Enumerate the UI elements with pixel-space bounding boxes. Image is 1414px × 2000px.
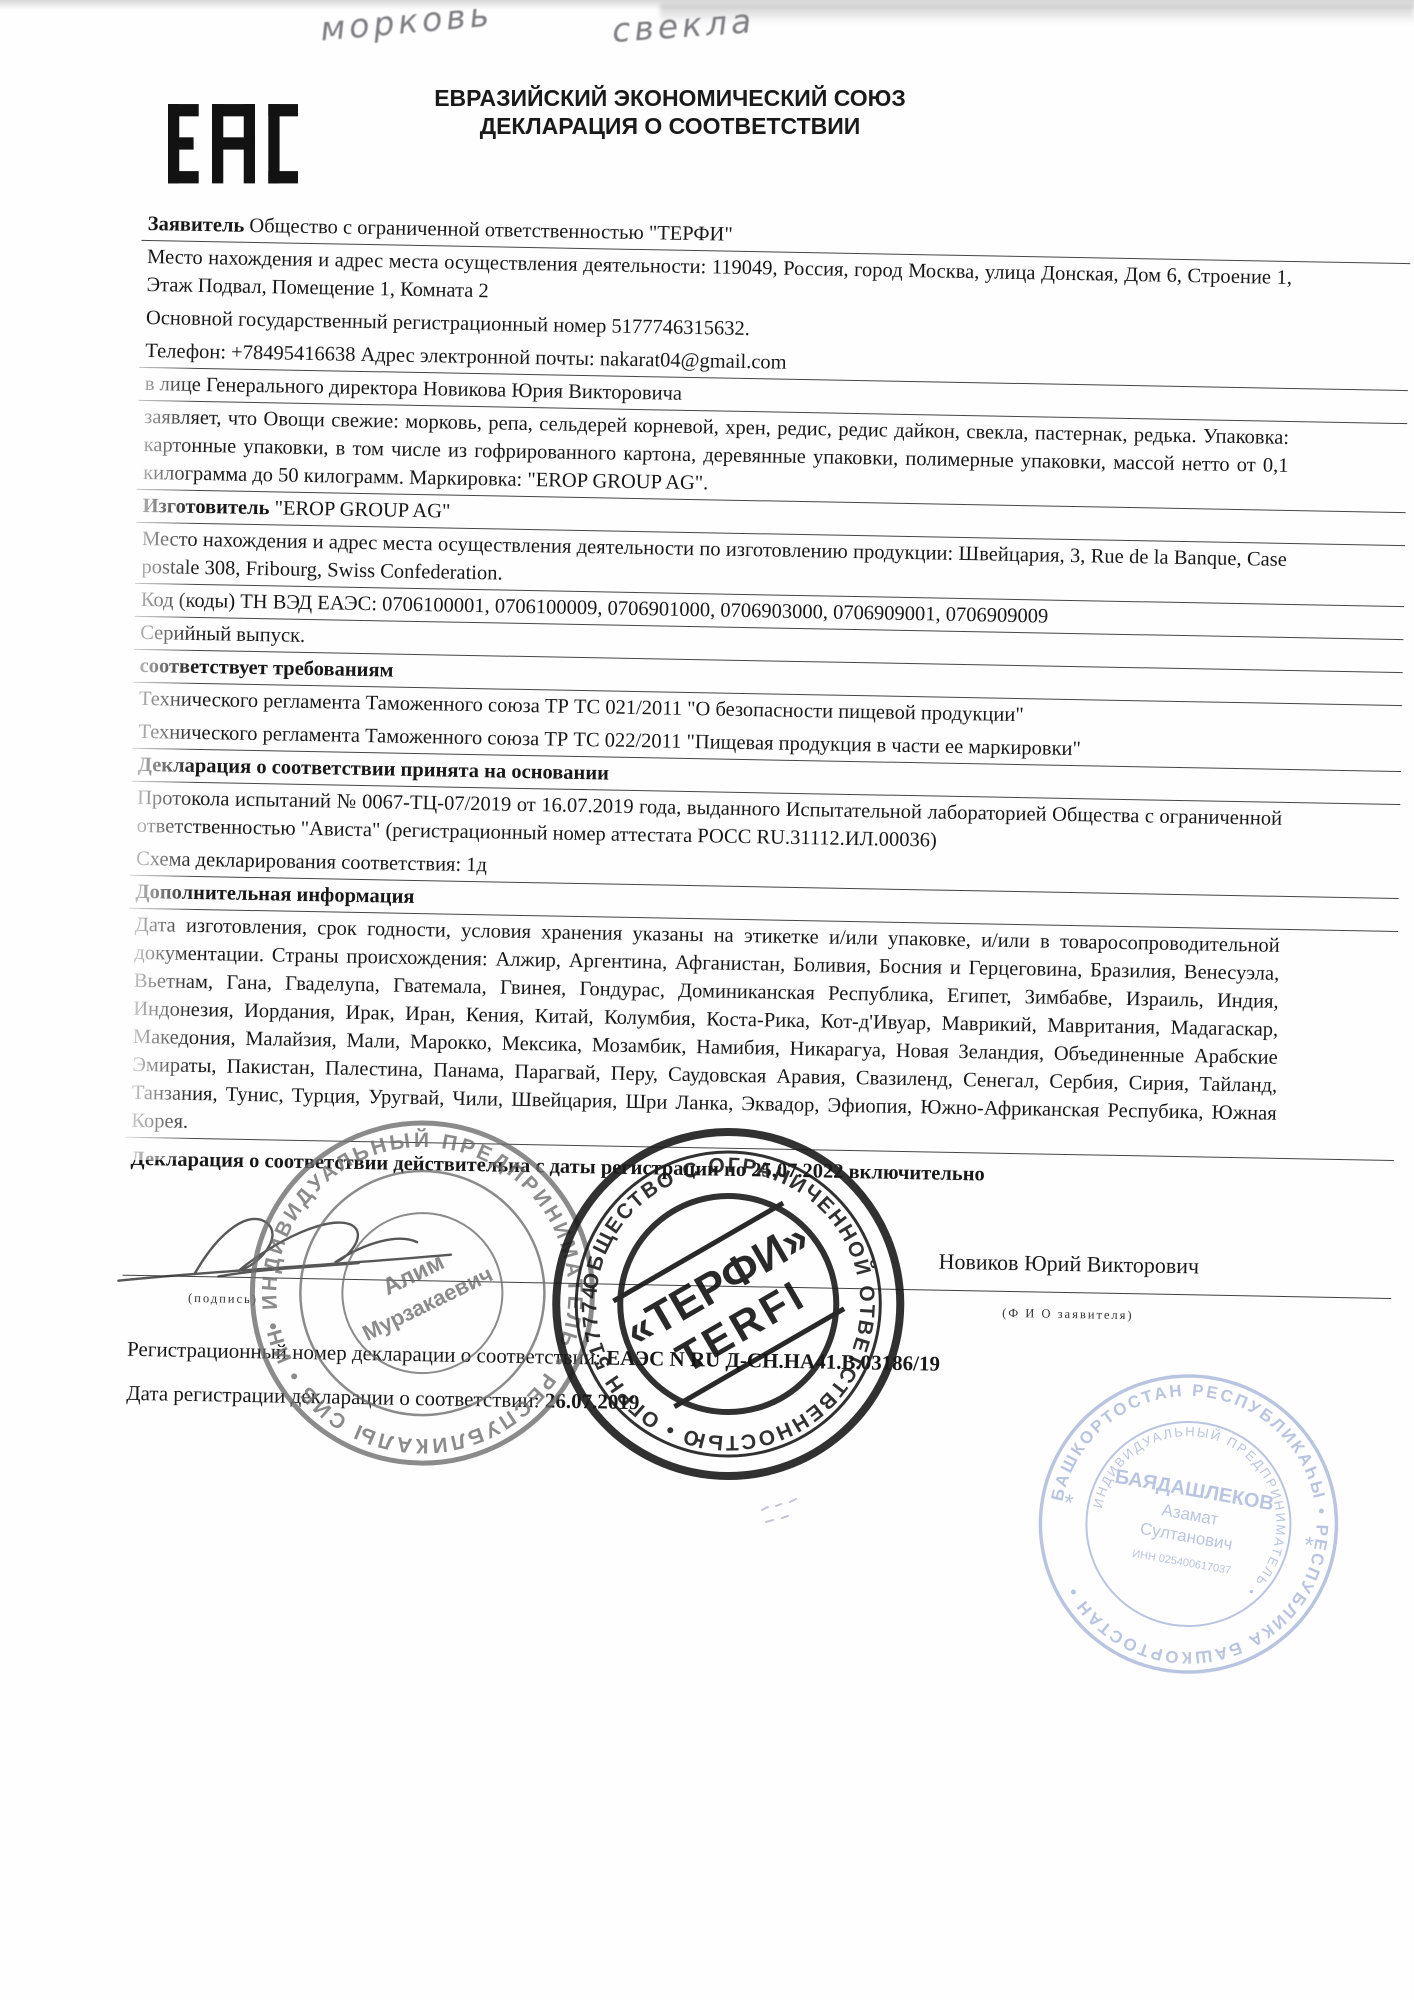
applicant-fio-label: (Ф И О заявителя): [828, 1296, 1308, 1333]
signature-stroke: [98, 1176, 520, 1324]
signature-label: (подпись): [188, 1284, 258, 1313]
handwriting-word-1: морковь: [319, 0, 495, 48]
document-page: морковь свекла ЕВРАЗИЙСКИЙ ЭКОНОМИЧЕСКИЙ…: [0, 0, 1414, 2000]
signature-section: (подпись) Новиков Юрий Викторович (Ф И О…: [125, 1187, 1275, 1508]
registration-date-value: 26.07.2019: [545, 1388, 640, 1414]
pencil-scribble: [756, 1462, 846, 1532]
blue-stamp-patronymic: Султанович: [1139, 1519, 1234, 1554]
scan-artifact-top-right: [660, 4, 1414, 24]
title-line-1: ЕВРАЗИЙСКИЙ ЭКОНОМИЧЕСКИЙ СОЮЗ: [360, 84, 980, 112]
title-line-2: ДЕКЛАРАЦИЯ О СООТВЕТСТВИИ: [360, 112, 980, 140]
document-title: ЕВРАЗИЙСКИЙ ЭКОНОМИЧЕСКИЙ СОЮЗ ДЕКЛАРАЦИ…: [360, 84, 980, 140]
applicant-value: Общество с ограниченной ответственностью…: [244, 215, 733, 246]
document-body: Заявитель Общество с ограниченной ответс…: [125, 210, 1293, 1508]
additional-paragraph: Дата изготовления, срок годности, услови…: [131, 911, 1280, 1156]
manufacturer-value: "EROP GROUP AG": [269, 497, 450, 522]
registration-number-value: ЕАЭС N RU Д-СН.НА41.В.03186/19: [606, 1346, 940, 1376]
registration-number-line: Регистрационный номер декларации о соотв…: [127, 1335, 940, 1378]
applicant-fio: Новиков Юрий Викторович: [829, 1246, 1309, 1283]
registration-date-line: Дата регистрации декларации о соответств…: [126, 1379, 640, 1416]
eac-logo-icon: [168, 80, 298, 210]
manufacturer-label: Изготовитель: [142, 495, 269, 519]
registration-number-label: Регистрационный номер декларации о соотв…: [127, 1337, 607, 1370]
blue-stamp-inn: ИНН 025400617037: [1131, 1548, 1232, 1577]
registration-date-label: Дата регистрации декларации о соответств…: [126, 1381, 545, 1413]
blue-stamp-star-right: *: [1302, 1532, 1316, 1560]
applicant-label: Заявитель: [148, 213, 245, 237]
